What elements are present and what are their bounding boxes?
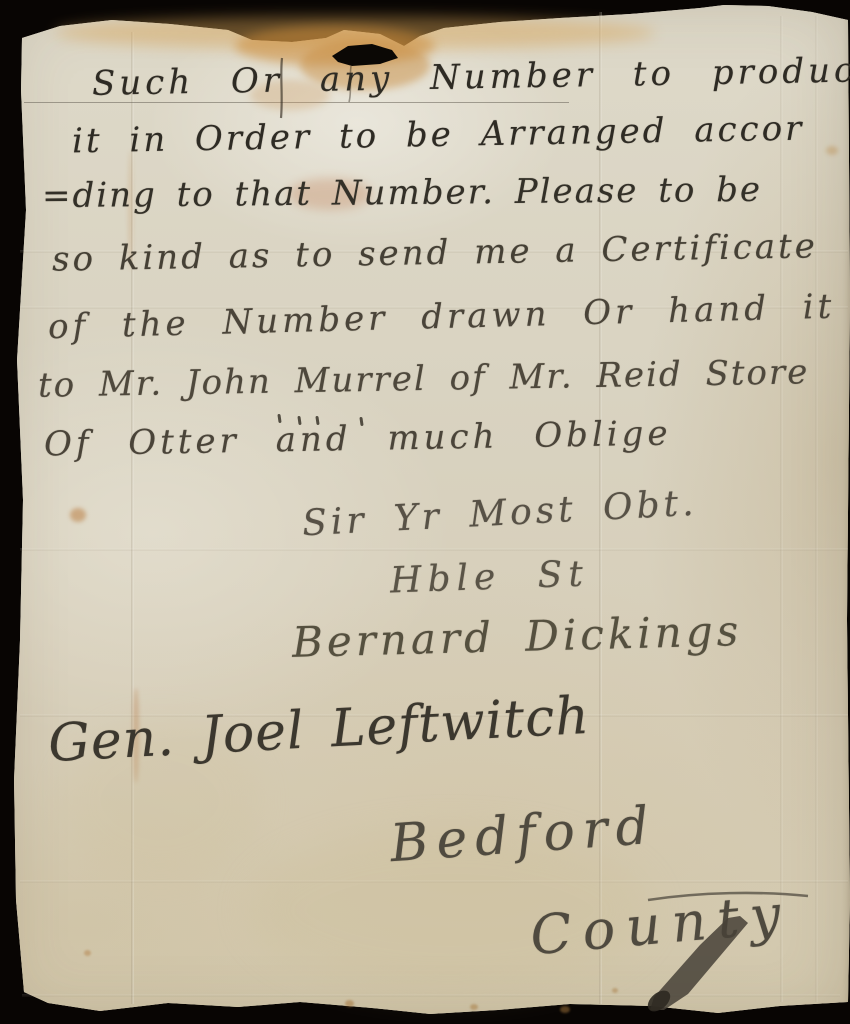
- letter-line-7: Of Otter and much Oblige: [44, 417, 672, 462]
- stain-left-dot: [70, 508, 86, 522]
- fold-crease-vertical-right: [780, 16, 783, 1002]
- scanned-letter-image: Such Or any Number to produce it in Orde…: [0, 0, 850, 1024]
- stain-freckle-3: [560, 1006, 570, 1013]
- closing-humble-servant: Hble St: [389, 557, 589, 600]
- stain-freckle-5: [84, 950, 91, 956]
- signature-name: Bernard Dickings: [292, 610, 743, 664]
- fold-crease-vertical-edge: [815, 16, 818, 1002]
- stain-right-dot: [826, 146, 838, 155]
- fold-crease-horizontal-3: [20, 548, 848, 551]
- stain-freckle-4: [612, 988, 618, 993]
- letter-line-3: =ding to that Number. Please to be: [42, 173, 762, 213]
- stain-freckle-1: [345, 1000, 354, 1007]
- fold-crease-horizontal-6: [22, 994, 840, 997]
- stain-freckle-2: [470, 1004, 478, 1010]
